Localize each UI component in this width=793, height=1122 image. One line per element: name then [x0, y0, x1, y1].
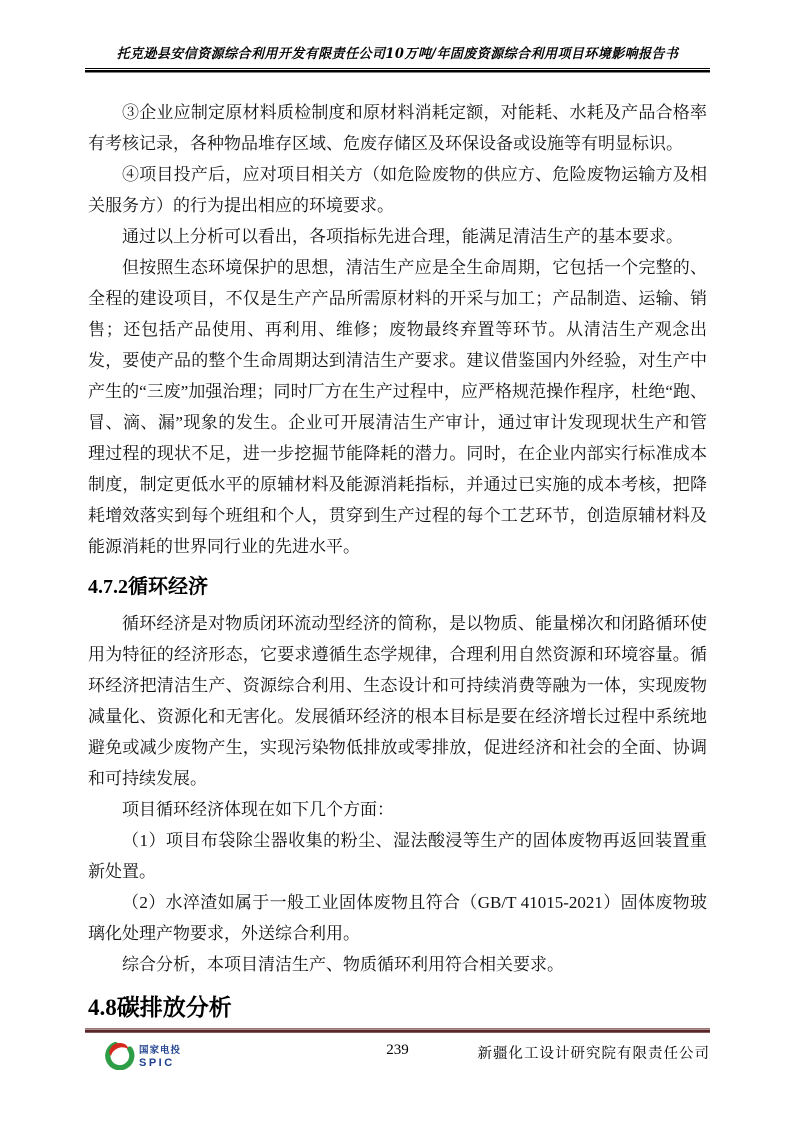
paragraph: 循环经济是对物质闭环流动型经济的简称，是以物质、能量梯次和闭路循环使用为特征的经… — [88, 608, 707, 794]
paragraph: （1）项目布袋除尘器收集的粉尘、湿法酸浸等生产的固体废物再返回装置重新处置。 — [88, 825, 707, 887]
paragraph: （2）水淬渣如属于一般工业固体废物且符合（GB/T 41015-2021）固体废… — [88, 887, 707, 949]
paragraph: 但按照生态环境保护的思想，清洁生产应是全生命周期，它包括一个完整的、全程的建设项… — [88, 252, 707, 562]
spic-logo-en: SPIC — [139, 1058, 181, 1069]
paragraph: ④项目投产后，应对项目相关方（如危险废物的供应方、危险废物运输方及相关服务方）的… — [88, 159, 707, 221]
section-heading-48: 4.8碳排放分析 — [88, 993, 707, 1023]
footer-row: 国家电投 SPIC 239 新疆化工设计研究院有限责任公司 — [85, 1040, 710, 1076]
paragraph: 综合分析，本项目清洁生产、物质循环利用符合相关要求。 — [88, 949, 707, 980]
header-title: 托克逊县安信资源综合利用开发有限责任公司10万吨/年固废资源综合利用项目环境影响… — [98, 42, 698, 62]
document-page: 托克逊县安信资源综合利用开发有限责任公司10万吨/年固废资源综合利用项目环境影响… — [0, 0, 793, 1122]
footer-rule — [85, 1028, 710, 1033]
page-header: 托克逊县安信资源综合利用开发有限责任公司10万吨/年固废资源综合利用项目环境影响… — [85, 42, 710, 73]
paragraph: 项目循环经济体现在如下几个方面： — [88, 794, 707, 825]
section-heading-472: 4.7.2循环经济 — [88, 574, 707, 600]
document-body: ③企业应制定原材料质检制度和原材料消耗定额，对能耗、水耗及产品合格率有考核记录，… — [88, 97, 707, 1023]
header-rule — [85, 68, 710, 73]
paragraph: ③企业应制定原材料质检制度和原材料消耗定额，对能耗、水耗及产品合格率有考核记录，… — [88, 97, 707, 159]
paragraph: 通过以上分析可以看出，各项指标先进合理，能满足清洁生产的基本要求。 — [88, 221, 707, 252]
footer-company: 新疆化工设计研究院有限责任公司 — [478, 1042, 711, 1063]
page-footer: 国家电投 SPIC 239 新疆化工设计研究院有限责任公司 — [85, 1028, 710, 1076]
